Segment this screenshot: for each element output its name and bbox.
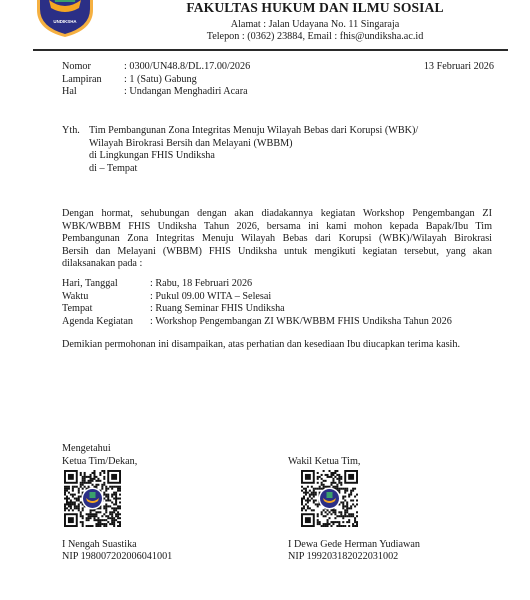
closing-sentence: Demikian permohonan ini disampaikan, ata… xyxy=(62,339,460,352)
addressee-label: Yth. xyxy=(62,125,89,175)
meta-lampiran: Lampiran : 1 (Satu) Gabung xyxy=(62,74,250,87)
signer-title: Ketua Tim/Dekan, xyxy=(62,456,262,469)
signer-nip: NIP 198007202006041001 xyxy=(62,551,172,563)
body-line: WBK/WBBM FHIS Undiksha Tahun 2026, bersa… xyxy=(62,221,492,234)
signer-nip: NIP 199203182022031002 xyxy=(288,551,420,563)
meta-nomor: Nomor : 0300/UN48.8/DL.17.00/2026 xyxy=(62,61,250,74)
qr-code-signature-icon xyxy=(301,470,358,527)
body-line: dilaksanakan pada : xyxy=(62,258,492,271)
detail-label: Hari, Tanggal xyxy=(62,278,150,291)
letter-meta: Nomor : 0300/UN48.8/DL.17.00/2026 Lampir… xyxy=(62,61,250,99)
meta-label: Lampiran xyxy=(62,74,124,87)
meta-value: : Undangan Menghadiri Acara xyxy=(124,86,248,99)
body-line: Dengan hormat, sehubungan dengan akan di… xyxy=(62,208,492,221)
detail-place: Tempat : Ruang Seminar FHIS Undiksha xyxy=(62,303,452,316)
signer-info: I Nengah Suastika NIP 198007202006041001 xyxy=(62,539,172,564)
letter-date: 13 Februari 2026 xyxy=(402,61,494,74)
signer-info: I Dewa Gede Herman Yudiawan NIP 19920318… xyxy=(288,539,420,564)
signature-right: Wakil Ketua Tim, I Dewa Gede Herman Yudi… xyxy=(288,443,488,532)
addressee-lines: Tim Pembangunan Zona Integritas Menuju W… xyxy=(89,125,418,175)
detail-value: : Rabu, 18 Februari 2026 xyxy=(150,278,252,291)
meta-label: Nomor xyxy=(62,61,124,74)
detail-value: : Pukul 09.00 WITA – Selesai xyxy=(150,291,271,304)
meta-value: : 1 (Satu) Gabung xyxy=(124,74,197,87)
detail-time: Waktu : Pukul 09.00 WITA – Selesai xyxy=(62,291,452,304)
body-paragraph: Dengan hormat, sehubungan dengan akan di… xyxy=(62,208,492,271)
faculty-contact: Telepon : (0362) 23884, Email : fhis@und… xyxy=(120,31,510,44)
body-line: Pembangunan Zona Integritas Menuju Wilay… xyxy=(62,233,492,246)
qr-code-signature-icon xyxy=(64,470,121,527)
event-details: Hari, Tanggal : Rabu, 18 Februari 2026 W… xyxy=(62,278,452,328)
detail-label: Tempat xyxy=(62,303,150,316)
addressee-line: di – Tempat xyxy=(89,163,418,176)
signer-name: I Dewa Gede Herman Yudiawan xyxy=(288,539,420,551)
meta-label: Hal xyxy=(62,86,124,99)
undiksha-logo-icon: UNDIKSHA xyxy=(33,0,97,38)
meta-value: : 0300/UN48.8/DL.17.00/2026 xyxy=(124,61,250,74)
addressee-line: Tim Pembangunan Zona Integritas Menuju W… xyxy=(89,125,418,138)
addressee-line: di Lingkungan FHIS Undiksha xyxy=(89,150,418,163)
signer-name: I Nengah Suastika xyxy=(62,539,172,551)
detail-agenda: Agenda Kegiatan : Workshop Pengembangan … xyxy=(62,316,452,329)
addressee-line: Wilayah Birokrasi Bersih dan Melayani (W… xyxy=(89,138,418,151)
detail-value: : Ruang Seminar FHIS Undiksha xyxy=(150,303,285,316)
detail-label: Agenda Kegiatan xyxy=(62,316,150,329)
addressee: Yth. Tim Pembangunan Zona Integritas Men… xyxy=(62,125,502,175)
meta-hal: Hal : Undangan Menghadiri Acara xyxy=(62,86,250,99)
svg-text:UNDIKSHA: UNDIKSHA xyxy=(53,19,77,24)
faculty-address: Alamat : Jalan Udayana No. 11 Singaraja xyxy=(120,19,510,32)
body-line: Bersih dan Melayani (WBBM) FHIS Undiksha… xyxy=(62,246,492,259)
letterhead-divider xyxy=(33,49,508,51)
signer-title: Wakil Ketua Tim, xyxy=(288,456,488,469)
faculty-name: FAKULTAS HUKUM DAN ILMU SOSIAL xyxy=(120,2,510,15)
acknowledge-label: Mengetahui xyxy=(62,443,262,456)
detail-value: : Workshop Pengembangan ZI WBK/WBBM FHIS… xyxy=(150,316,452,329)
detail-date: Hari, Tanggal : Rabu, 18 Februari 2026 xyxy=(62,278,452,291)
detail-label: Waktu xyxy=(62,291,150,304)
signature-left: Mengetahui Ketua Tim/Dekan, I Nengah Sua… xyxy=(62,443,262,532)
